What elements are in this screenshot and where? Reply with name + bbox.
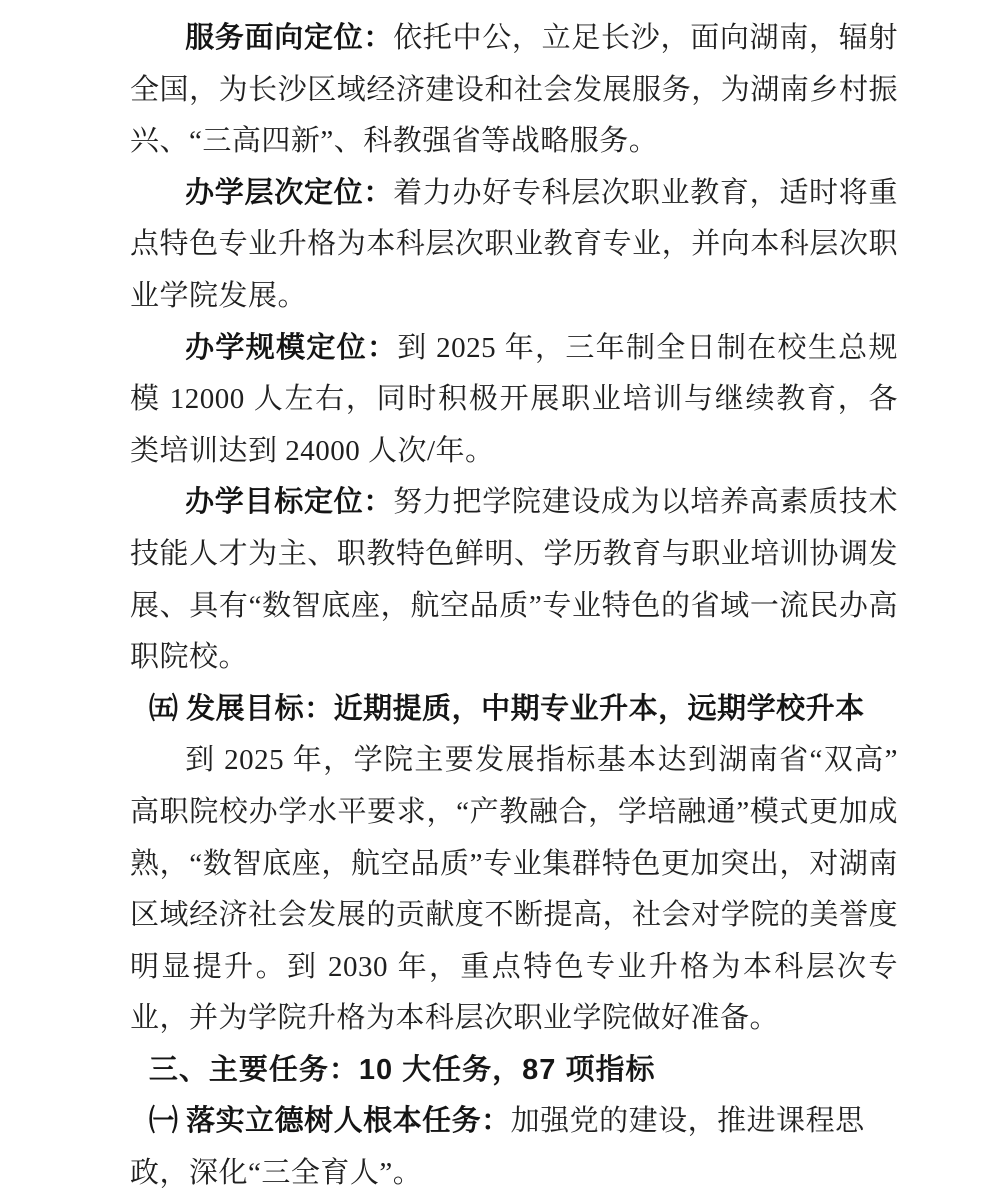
paragraph-text: 到 2025 年，学院主要发展指标基本达到湖南省“双高”高职院校办学水平要求，“…: [130, 744, 898, 1034]
heading-text: ㈤ 发展目标：近期提质，中期专业升本，远期学校升本: [149, 693, 865, 725]
paragraph-school-scale: 办学规模定位：到 2025 年，三年制全日制在校生总规模 12000 人左右，同…: [130, 323, 898, 478]
paragraph-moral-education: ㈠ 落实立德树人根本任务：加强党的建设，推进课程思政，深化“三全育人”。: [130, 1096, 898, 1193]
paragraph-lead: 办学规模定位：: [185, 332, 397, 364]
heading-main-tasks: 三、主要任务：10 大任务，87 项指标: [130, 1045, 898, 1097]
paragraph-service-orientation: 服务面向定位：依托中公，立足长沙，面向湖南，辐射全国，为长沙区域经济建设和社会发…: [130, 13, 898, 168]
heading-text: 三、主要任务：10 大任务，87 项指标: [149, 1054, 656, 1086]
document-page: 服务面向定位：依托中公，立足长沙，面向湖南，辐射全国，为长沙区域经济建设和社会发…: [0, 0, 1000, 1193]
paragraph-school-level: 办学层次定位：着力办好专科层次职业教育，适时将重点特色专业升格为本科层次职业教育…: [130, 168, 898, 323]
paragraph-lead: 办学目标定位：: [185, 486, 393, 518]
paragraph-lead: 办学层次定位：: [185, 177, 393, 209]
heading-development-target: ㈤ 发展目标：近期提质，中期专业升本，远期学校升本: [130, 684, 898, 736]
paragraph-2025-outlook: 到 2025 年，学院主要发展指标基本达到湖南省“双高”高职院校办学水平要求，“…: [130, 735, 898, 1045]
paragraph-school-goal: 办学目标定位：努力把学院建设成为以培养高素质技术技能人才为主、职教特色鲜明、学历…: [130, 477, 898, 683]
paragraph-lead: 服务面向定位：: [185, 22, 393, 54]
paragraph-lead: ㈠ 落实立德树人根本任务：: [149, 1105, 511, 1137]
